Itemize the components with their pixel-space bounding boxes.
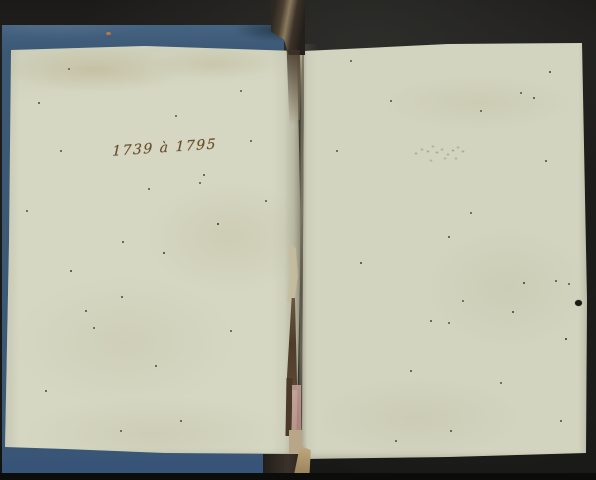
archival-scan-surface: 1739 à 1795: [0, 0, 596, 480]
paper-specks-right-page: [0, 0, 2, 2]
ink-spot: [575, 300, 582, 306]
scanner-mat-bottom-edge: [0, 473, 596, 480]
spine-top-tail: [287, 50, 303, 125]
cover-speck: [106, 32, 111, 35]
left-page: [5, 42, 301, 459]
gutter-pink-strip: [292, 385, 301, 433]
right-page: [298, 38, 590, 460]
